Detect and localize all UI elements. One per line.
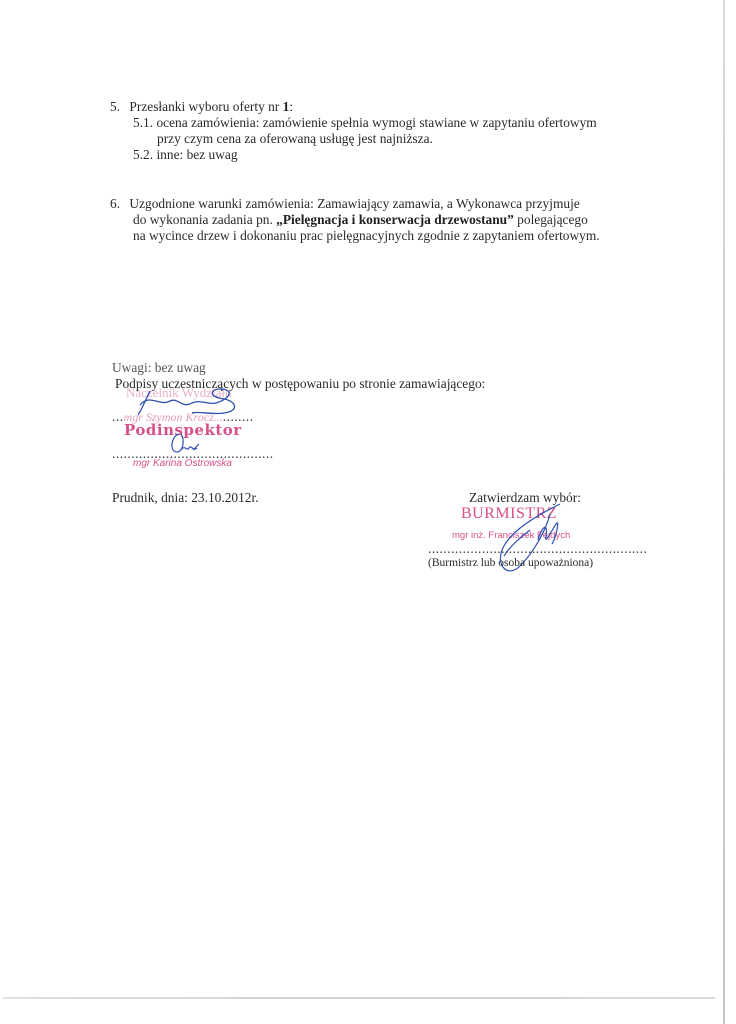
place-date: Prudnik, dnia: 23.10.2012r. xyxy=(112,490,259,506)
scan-edge-vertical xyxy=(723,0,725,1024)
section-6-line-2: do wykonania zadania pn. „Pielęgnacja i … xyxy=(133,212,588,228)
section-5-number: 5. xyxy=(110,99,120,114)
approval-caption: (Burmistrz lub osoba upoważniona) xyxy=(428,556,593,570)
stamp-name-2: mgr Karina Ostrowska xyxy=(133,458,232,469)
item-5-2-text: inne: bez uwag xyxy=(156,147,237,162)
section-6-text: Uzgodnione warunki zamówienia: Zamawiają… xyxy=(129,196,579,211)
item-5-1-text: ocena zamówienia: zamówienie spełnia wym… xyxy=(156,115,596,130)
section-5-heading: 5. Przesłanki wyboru oferty nr 1: xyxy=(110,99,293,115)
section-5-title: Przesłanki wyboru oferty nr xyxy=(129,99,282,114)
section-6-line-3: na wycince drzew i dokonaniu prac pielęg… xyxy=(133,228,600,244)
approval-signature-line: ........................................… xyxy=(428,541,647,557)
task-name: „Pielęgnacja i konserwacja drzewostanu” xyxy=(276,212,514,227)
colon: : xyxy=(289,99,293,114)
section-6-number: 6. xyxy=(110,196,120,211)
section-6-line-2-prefix: do wykonania zadania pn. xyxy=(133,212,276,227)
item-5-1-number: 5.1. xyxy=(133,115,153,130)
item-5-1: 5.1. ocena zamówienia: zamówienie spełni… xyxy=(133,115,597,131)
section-6-line-1: 6. Uzgodnione warunki zamówienia: Zamawi… xyxy=(110,196,580,212)
item-5-2: 5.2. inne: bez uwag xyxy=(133,147,238,163)
remarks: Uwagi: bez uwag xyxy=(112,360,206,376)
item-5-1-continued: przy czym cena za oferowaną usługę jest … xyxy=(157,131,433,147)
dots-left: ... xyxy=(112,409,124,424)
item-5-2-number: 5.2. xyxy=(133,147,153,162)
section-6-line-2-suffix: polegającego xyxy=(514,212,588,227)
scan-edge-horizontal xyxy=(3,997,715,999)
